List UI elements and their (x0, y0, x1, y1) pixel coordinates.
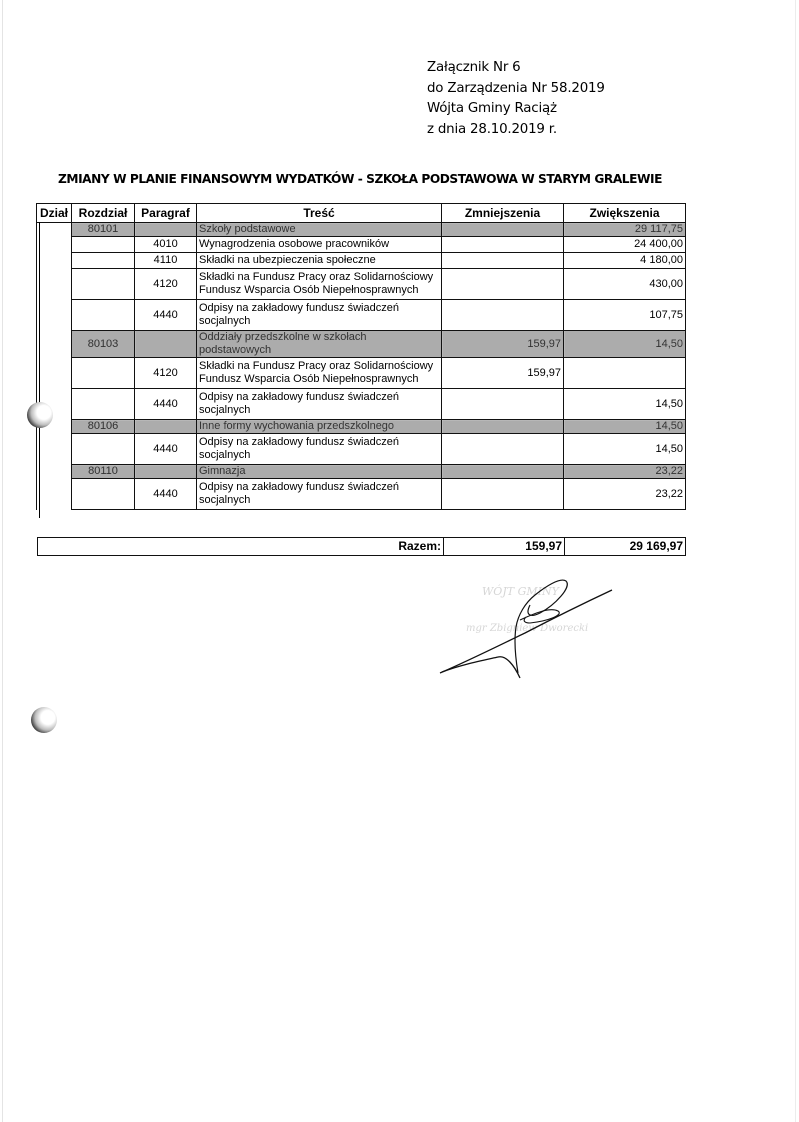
cell-zwiekszenia (564, 358, 686, 389)
cell-tresc: Odpisy na zakładowy fundusz świadczeń so… (197, 479, 442, 510)
cell-zmniejszenia (442, 269, 564, 300)
cell-zwiekszenia: 14,50 (564, 331, 686, 358)
header-rozdzial: Rozdział (72, 204, 135, 223)
annex-date: z dnia 28.10.2019 r. (427, 120, 605, 141)
cell-tresc: Oddziały przedszkolne w szkołach podstaw… (197, 331, 442, 358)
signature-area: WÓJT GMINY mgr Zbigniew Dworecki (430, 565, 630, 685)
table-row: 4440Odpisy na zakładowy fundusz świadcze… (37, 300, 686, 331)
cell-rozdzial: 80103 (72, 331, 135, 358)
cell-zwiekszenia: 24 400,00 (564, 237, 686, 253)
cell-zwiekszenia: 23,22 (564, 479, 686, 510)
scan-edge (795, 0, 796, 1122)
cell-tresc: Składki na ubezpieczenia społeczne (197, 253, 442, 269)
annex-number: Załącznik Nr 6 (427, 58, 605, 79)
scan-edge (2, 0, 3, 1122)
scan-artifact-line (39, 222, 40, 518)
cell-zmniejszenia (442, 300, 564, 331)
cell-rozdzial: 80101 (72, 223, 135, 237)
cell-paragraf (135, 465, 197, 479)
cell-rozdzial (72, 253, 135, 269)
annex-order: do Zarządzenia Nr 58.2019 (427, 79, 605, 100)
total-zmniejszenia: 159,97 (444, 538, 565, 555)
cell-paragraf: 4010 (135, 237, 197, 253)
cell-rozdzial (72, 434, 135, 465)
cell-paragraf: 4440 (135, 389, 197, 420)
header-tresc: Treść (197, 204, 442, 223)
document-title: ZMIANY W PLANIE FINANSOWYM WYDATKÓW - SZ… (36, 172, 684, 186)
header-dzial: Dział (37, 204, 72, 223)
cell-rozdzial (72, 389, 135, 420)
cell-paragraf: 4120 (135, 269, 197, 300)
cell-rozdzial: 80110 (72, 465, 135, 479)
cell-zwiekszenia: 14,50 (564, 389, 686, 420)
punch-hole-icon (31, 707, 57, 733)
table-row: 4440Odpisy na zakładowy fundusz świadcze… (37, 389, 686, 420)
cell-tresc: Gimnazja (197, 465, 442, 479)
cell-tresc: Wynagrodzenia osobowe pracowników (197, 237, 442, 253)
cell-zwiekszenia: 14,50 (564, 434, 686, 465)
table-body: 80101Szkoły podstawowe29 117,754010Wynag… (37, 223, 686, 510)
cell-rozdzial (72, 237, 135, 253)
cell-zwiekszenia: 29 117,75 (564, 223, 686, 237)
cell-paragraf: 4440 (135, 300, 197, 331)
total-zwiekszenia: 29 169,97 (565, 538, 685, 555)
total-row: Razem: 159,97 29 169,97 (37, 537, 686, 556)
handwritten-signature-icon (430, 565, 630, 685)
cell-rozdzial (72, 300, 135, 331)
cell-zmniejszenia: 159,97 (442, 358, 564, 389)
annex-authority: Wójta Gminy Raciąż (427, 99, 605, 120)
cell-zmniejszenia (442, 434, 564, 465)
cell-paragraf (135, 331, 197, 358)
cell-zmniejszenia (442, 420, 564, 434)
table-row: 4440Odpisy na zakładowy fundusz świadcze… (37, 479, 686, 510)
cell-tresc: Inne formy wychowania przedszkolnego (197, 420, 442, 434)
cell-zmniejszenia (442, 389, 564, 420)
header-zwiekszenia: Zwiększenia (564, 204, 686, 223)
punch-hole-icon (27, 402, 53, 428)
cell-zwiekszenia: 23,22 (564, 465, 686, 479)
total-label: Razem: (38, 538, 444, 555)
cell-zwiekszenia: 14,50 (564, 420, 686, 434)
cell-paragraf: 4440 (135, 479, 197, 510)
section-row: 80101Szkoły podstawowe29 117,75 (37, 223, 686, 237)
cell-paragraf: 4110 (135, 253, 197, 269)
cell-zmniejszenia (442, 479, 564, 510)
table-row: 4120Składki na Fundusz Pracy oraz Solida… (37, 269, 686, 300)
section-row: 80106Inne formy wychowania przedszkolneg… (37, 420, 686, 434)
table-row: 4010Wynagrodzenia osobowe pracowników24 … (37, 237, 686, 253)
cell-paragraf (135, 223, 197, 237)
cell-zmniejszenia (442, 223, 564, 237)
cell-tresc: Składki na Fundusz Pracy oraz Solidarnoś… (197, 358, 442, 389)
table-row: 4120Składki na Fundusz Pracy oraz Solida… (37, 358, 686, 389)
cell-zwiekszenia: 107,75 (564, 300, 686, 331)
cell-tresc: Składki na Fundusz Pracy oraz Solidarnoś… (197, 269, 442, 300)
cell-zmniejszenia (442, 465, 564, 479)
cell-zmniejszenia: 159,97 (442, 331, 564, 358)
cell-paragraf (135, 420, 197, 434)
section-row: 80103Oddziały przedszkolne w szkołach po… (37, 331, 686, 358)
financial-plan-table: Dział Rozdział Paragraf Treść Zmniejszen… (36, 203, 686, 510)
cell-zmniejszenia (442, 253, 564, 269)
cell-zwiekszenia: 430,00 (564, 269, 686, 300)
cell-dzial (37, 223, 72, 510)
table-header-row: Dział Rozdział Paragraf Treść Zmniejszen… (37, 204, 686, 223)
section-row: 80110Gimnazja23,22 (37, 465, 686, 479)
table-row: 4440Odpisy na zakładowy fundusz świadcze… (37, 434, 686, 465)
table-row: 4110Składki na ubezpieczenia społeczne4 … (37, 253, 686, 269)
header-paragraf: Paragraf (135, 204, 197, 223)
cell-rozdzial (72, 479, 135, 510)
cell-zwiekszenia: 4 180,00 (564, 253, 686, 269)
cell-tresc: Odpisy na zakładowy fundusz świadczeń so… (197, 389, 442, 420)
cell-rozdzial: 80106 (72, 420, 135, 434)
header-zmniejszenia: Zmniejszenia (442, 204, 564, 223)
cell-rozdzial (72, 269, 135, 300)
cell-rozdzial (72, 358, 135, 389)
cell-zmniejszenia (442, 237, 564, 253)
cell-paragraf: 4440 (135, 434, 197, 465)
cell-paragraf: 4120 (135, 358, 197, 389)
annex-header: Załącznik Nr 6 do Zarządzenia Nr 58.2019… (427, 58, 605, 140)
cell-tresc: Odpisy na zakładowy fundusz świadczeń so… (197, 300, 442, 331)
cell-tresc: Odpisy na zakładowy fundusz świadczeń so… (197, 434, 442, 465)
cell-tresc: Szkoły podstawowe (197, 223, 442, 237)
